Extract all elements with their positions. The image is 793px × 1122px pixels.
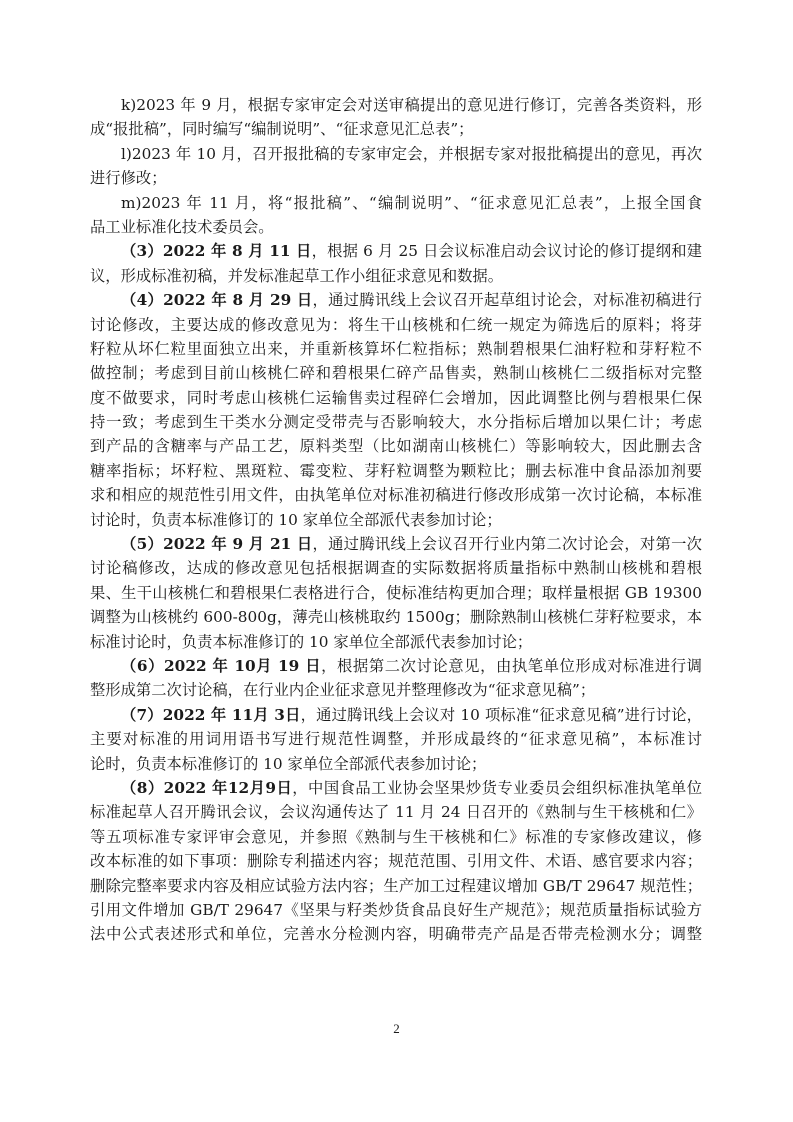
text-line: 讨论修改，主要达成的修改意见为：将生干山核桃和仁统一规定为筛选后的原料；将芽 — [90, 313, 702, 337]
step-date-heading: （4）2022 年 8 月 29 日 — [121, 291, 313, 309]
text-line: 果、生干山核桃仁和碧根果仁表格进行合，使标准结构更加合理；取样量根据 GB 19… — [90, 581, 702, 605]
text-line: （8）2022 年12月9日，中国食品工业协会坚果炒货专业委员会组织标准执笔单位 — [90, 776, 702, 800]
text-line: 糖率指标；坏籽粒、黑斑粒、霉变粒、芽籽粒调整为颗粒比；删去标准中食品添加剂要 — [90, 459, 702, 483]
text-line: 讨论时，负责本标准修订的 10 家单位全部派代表参加讨论； — [90, 508, 702, 532]
text-line: （7）2022 年 11月 3日，通过腾讯线上会议对 10 项标准“征求意见稿”… — [90, 703, 702, 727]
text-line: 整形成第二次讨论稿，在行业内企业征求意见并整理修改为“征求意见稿”； — [90, 678, 702, 702]
step-date-heading: （7）2022 年 11月 3日 — [121, 706, 301, 724]
page-number: 2 — [0, 1021, 793, 1037]
text-run: ，根据 6 月 25 日会议标准启动会议讨论的修订提纲和建 — [312, 242, 702, 260]
text-run: ，中国食品工业协会坚果炒货专业委员会组织标准执笔单位 — [292, 779, 702, 797]
text-line: （6）2022 年 10月 19 日，根据第二次讨论意见，由执笔单位形成对标准进… — [90, 654, 702, 678]
document-body: k)2023 年 9 月，根据专家审定会对送审稿提出的意见进行修订，完善各类资料… — [90, 93, 702, 947]
document-page: k)2023 年 9 月，根据专家审定会对送审稿提出的意见进行修订，完善各类资料… — [0, 0, 793, 1122]
text-line: 论时，负责本标准修订的 10 家单位全部派代表参加讨论； — [90, 752, 702, 776]
paragraph-step-3: （3）2022 年 8 月 11 日，根据 6 月 25 日会议标准启动会议讨论… — [90, 239, 702, 288]
text-run: ，根据第二次讨论意见，由执笔单位形成对标准进行调 — [321, 657, 702, 675]
paragraph-item-l: l)2023 年 10 月，召开报批稿的专家审定会，并根据专家对报批稿提出的意见… — [90, 142, 702, 191]
text-line: 议，形成标准初稿，并发标准起草工作小组征求意见和数据。 — [90, 264, 702, 288]
text-run: ，通过腾讯线上会议召开起草组讨论会，对标准初稿进行 — [313, 291, 702, 309]
text-line: 品工业标准化技术委员会。 — [90, 215, 702, 239]
step-date-heading: （5）2022 年 9 月 21 日 — [121, 535, 313, 553]
paragraph-step-6: （6）2022 年 10月 19 日，根据第二次讨论意见，由执笔单位形成对标准进… — [90, 654, 702, 703]
text-line: （3）2022 年 8 月 11 日，根据 6 月 25 日会议标准启动会议讨论… — [90, 239, 702, 263]
paragraph-item-k: k)2023 年 9 月，根据专家审定会对送审稿提出的意见进行修订，完善各类资料… — [90, 93, 702, 142]
text-line: 讨论稿修改，达成的修改意见包括根据调查的实际数据将质量指标中熟制山核桃和碧根 — [90, 556, 702, 580]
text-line: 到产品的含糖率与产品工艺，原料类型（比如湖南山核桃仁）等影响较大，因此删去含 — [90, 434, 702, 458]
step-date-heading: （6）2022 年 10月 19 日 — [121, 657, 321, 675]
text-line: 改本标准的如下事项：删除专利描述内容；规范范围、引用文件、术语、感官要求内容； — [90, 849, 702, 873]
text-line: l)2023 年 10 月，召开报批稿的专家审定会，并根据专家对报批稿提出的意见… — [90, 142, 702, 166]
step-date-heading: （8）2022 年12月9日 — [121, 779, 292, 797]
paragraph-item-m: m)2023 年 11 月，将“报批稿”、“编制说明”、“征求意见汇总表”，上报… — [90, 191, 702, 240]
text-line: 引用文件增加 GB/T 29647《坚果与籽类炒货食品良好生产规范》；规范质量指… — [90, 898, 702, 922]
text-line: 法中公式表述形式和单位，完善水分检测内容，明确带壳产品是否带壳检测水分；调整 — [90, 922, 702, 946]
paragraph-step-8: （8）2022 年12月9日，中国食品工业协会坚果炒货专业委员会组织标准执笔单位… — [90, 776, 702, 947]
text-line: 进行修改； — [90, 166, 702, 190]
text-line: m)2023 年 11 月，将“报批稿”、“编制说明”、“征求意见汇总表”，上报… — [90, 191, 702, 215]
paragraph-step-7: （7）2022 年 11月 3日，通过腾讯线上会议对 10 项标准“征求意见稿”… — [90, 703, 702, 776]
text-line: 度不做要求，同时考虑山核桃仁运输售卖过程碎仁会增加，因此调整比例与碧根果仁保 — [90, 386, 702, 410]
text-line: 删除完整率要求内容及相应试验方法内容；生产加工过程建议增加 GB/T 29647… — [90, 874, 702, 898]
text-line: k)2023 年 9 月，根据专家审定会对送审稿提出的意见进行修订，完善各类资料… — [90, 93, 702, 117]
text-line: 调整为山核桃约 600-800g，薄壳山核桃取约 1500g；删除熟制山核桃仁芽… — [90, 605, 702, 629]
text-run: ，通过腾讯线上会议对 10 项标准“征求意见稿”进行讨论， — [301, 706, 702, 724]
text-line: 做控制；考虑到目前山核桃仁碎和碧根果仁碎产品售卖，熟制山核桃仁二级指标对完整 — [90, 361, 702, 385]
text-line: 标准讨论时，负责本标准修订的 10 家单位全部派代表参加讨论； — [90, 630, 702, 654]
text-run: ，通过腾讯线上会议召开行业内第二次讨论会，对第一次 — [313, 535, 702, 553]
text-line: 籽粒从坏仁粒里面独立出来，并重新核算坏仁粒指标；熟制碧根果仁油籽粒和芽籽粒不 — [90, 337, 702, 361]
text-line: 成“报批稿”，同时编写“编制说明”、“征求意见汇总表”； — [90, 117, 702, 141]
text-line: 持一致；考虑到生干类水分测定受带壳与否影响较大，水分指标后增加以果仁计；考虑 — [90, 410, 702, 434]
paragraph-step-5: （5）2022 年 9 月 21 日，通过腾讯线上会议召开行业内第二次讨论会，对… — [90, 532, 702, 654]
text-line: （5）2022 年 9 月 21 日，通过腾讯线上会议召开行业内第二次讨论会，对… — [90, 532, 702, 556]
step-date-heading: （3）2022 年 8 月 11 日 — [121, 242, 312, 260]
text-line: （4）2022 年 8 月 29 日，通过腾讯线上会议召开起草组讨论会，对标准初… — [90, 288, 702, 312]
text-line: 等五项标准专家评审会意见，并参照《熟制与生干核桃和仁》标准的专家修改建议，修 — [90, 825, 702, 849]
text-line: 主要对标准的用词用语书写进行规范性调整，并形成最终的“征求意见稿”，本标准讨 — [90, 727, 702, 751]
paragraph-step-4: （4）2022 年 8 月 29 日，通过腾讯线上会议召开起草组讨论会，对标准初… — [90, 288, 702, 532]
text-line: 求和相应的规范性引用文件，由执笔单位对标准初稿进行修改形成第一次讨论稿，本标准 — [90, 483, 702, 507]
text-line: 标准起草人召开腾讯会议，会议沟通传达了 11 月 24 日召开的《熟制与生干核桃… — [90, 800, 702, 824]
